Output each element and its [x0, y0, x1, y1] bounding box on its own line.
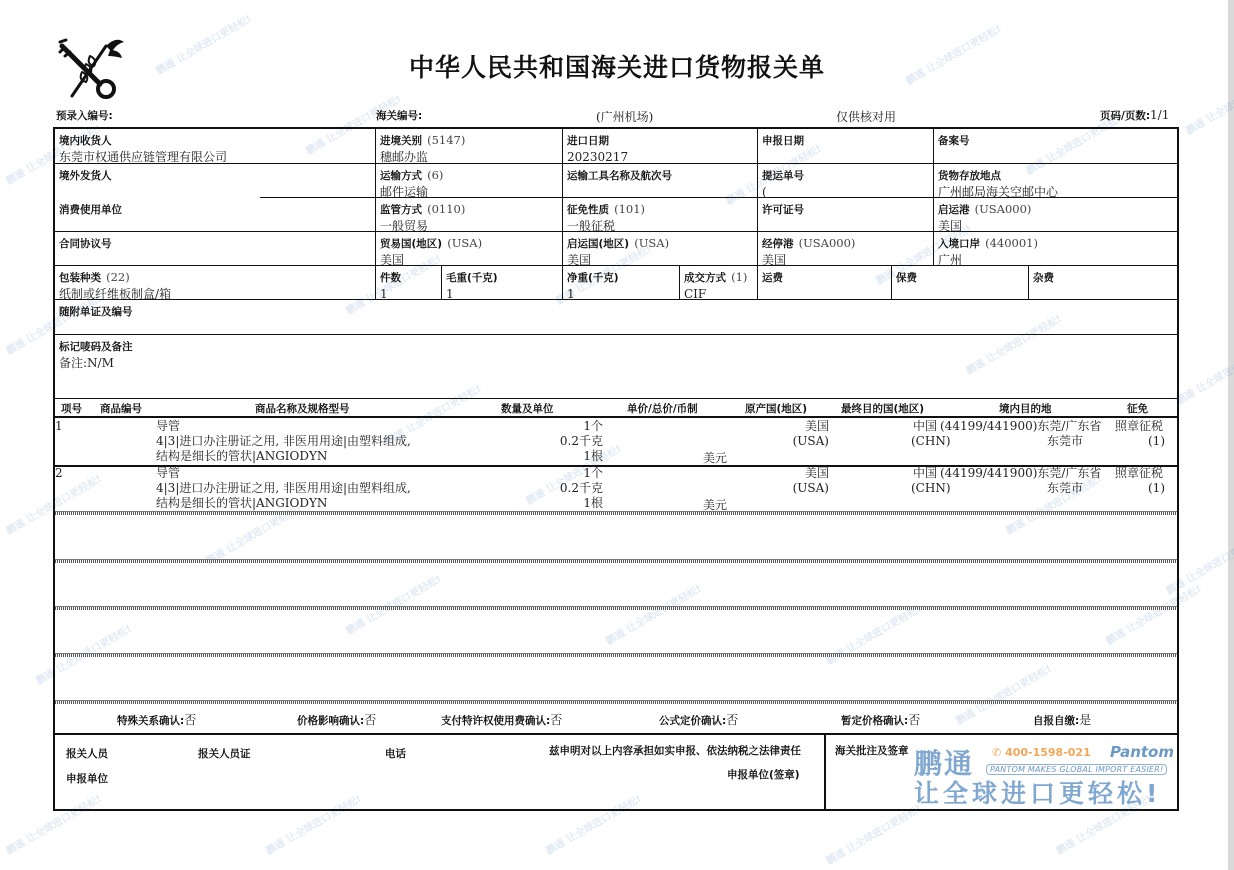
goods-domestic-dest: 东莞市 — [1047, 434, 1083, 450]
goods-header-item-no: 项号 — [61, 401, 82, 416]
goods-dest-code: (CHN) — [911, 481, 951, 497]
confirm-value: 是 — [1079, 713, 1091, 727]
goods-levy-code: (1) — [1148, 481, 1165, 497]
field-code: (6) — [427, 168, 443, 182]
field-label: 杂费 — [1033, 272, 1054, 284]
field-transport-mode: 运输方式 (6) 邮件运输 — [376, 164, 563, 198]
field-value: 1 — [380, 286, 437, 300]
goods-levy-code: (1) — [1148, 434, 1165, 450]
customs-office: (广州机场) — [596, 108, 653, 125]
row-separator — [55, 700, 1177, 704]
field-departure-country: 启运国(地区) (USA) 美国 — [563, 232, 758, 266]
watermark: 鹏通 让全球进口更轻松! — [1174, 344, 1234, 408]
field-label: 运输方式 — [380, 170, 422, 182]
confirm-value: 否 — [550, 713, 562, 727]
field-label: 境外发货人 — [59, 170, 112, 182]
field-label: 提运单号 — [762, 170, 804, 182]
field-value: 备注:N/M — [59, 355, 1173, 371]
field-label: 标记唛码及备注 — [59, 341, 133, 353]
field-entry-customs: 进境关别 (5147) 穗邮办监 — [376, 129, 563, 164]
field-label: 贸易国(地区) — [380, 238, 442, 250]
goods-header-name-spec: 商品名称及规格型号 — [255, 401, 350, 416]
confirm-self-payment: 自报自缴:是 — [1033, 711, 1091, 728]
goods-spec: 结构是细长的管状|ANGIODYN — [156, 449, 327, 465]
field-value: 1 — [567, 286, 675, 300]
field-code: (1) — [731, 270, 747, 284]
field-value: 美国 — [567, 252, 753, 266]
field-value: 广州邮局海关空邮中心 — [938, 184, 1173, 198]
field-value: 一般征税 — [567, 218, 753, 232]
page-label: 页码/页数: — [1100, 110, 1150, 122]
field-code: (101) — [614, 202, 645, 216]
pre-entry-no-label: 预录入编号: — [56, 108, 113, 123]
field-import-date: 进口日期 20230217 — [563, 129, 758, 164]
goods-spec: 结构是细长的管状|ANGIODYN — [156, 496, 327, 512]
field-attached-docs: 随附单证及编号 — [55, 300, 1177, 335]
declare-unit-seal-label: 申报单位(签章) — [727, 767, 800, 782]
phone-label: 电话 — [385, 746, 406, 761]
field-value: 美国 — [938, 218, 1173, 232]
field-label: 运费 — [762, 272, 783, 284]
field-label: 征免性质 — [567, 204, 609, 216]
goods-item-no: 1 — [55, 419, 63, 435]
field-value: 穗邮办监 — [380, 149, 558, 164]
field-consumer-unit: 消费使用单位 — [55, 198, 376, 232]
field-value: 邮件运输 — [380, 184, 558, 198]
goods-dest-code: (CHN) — [911, 434, 951, 450]
goods-dest-country: 中国 — [913, 419, 937, 435]
field-pieces: 件数 1 — [376, 266, 442, 300]
goods-header-quantity: 数量及单位 — [501, 401, 554, 416]
field-value: CIF — [684, 286, 753, 300]
field-declare-date: 申报日期 — [758, 129, 934, 164]
verification-notice: 仅供核对用 — [836, 108, 896, 125]
confirm-value: 否 — [908, 713, 920, 727]
goods-header-price: 单价/总价/币制 — [627, 401, 698, 416]
confirm-label: 自报自缴: — [1033, 715, 1079, 727]
customs-no-label: 海关编号: — [376, 108, 422, 123]
page-value: 1/1 — [1150, 108, 1169, 122]
field-gross-weight: 毛重(千克) 1 — [442, 266, 563, 300]
confirm-special-relation: 特殊关系确认:否 — [117, 711, 196, 728]
field-code: (USA000) — [975, 202, 1032, 216]
field-label: 件数 — [380, 272, 401, 284]
goods-spec: 4|3|进口办注册证之用, 非医用用途|由塑料组成, — [156, 434, 411, 450]
phone-icon: ✆ — [992, 746, 1001, 759]
field-code: (22) — [106, 270, 130, 284]
goods-name: 导管 — [156, 466, 180, 482]
field-deal-mode: 成交方式 (1) CIF — [680, 266, 758, 300]
confirm-provisional-price: 暂定价格确认:否 — [841, 711, 920, 728]
confirm-formula-pricing: 公式定价确认:否 — [659, 711, 738, 728]
field-contract-no: 合同协议号 — [55, 232, 376, 266]
field-value: 广州 — [938, 252, 1173, 266]
field-label: 包装种类 — [59, 272, 101, 284]
field-value: 东莞市权通供应链管理有限公司 — [59, 149, 371, 164]
row-separator — [55, 653, 1177, 657]
goods-domestic-dest: (44199/441900)东莞/广东省 — [940, 466, 1101, 482]
declaration-statement: 兹申明对以上内容承担如实申报、依法纳税之法律责任 — [549, 743, 801, 758]
field-entry-port: 入境口岸 (440001) 广州 — [934, 232, 1177, 266]
goods-header-domestic-dest: 境内目的地 — [999, 401, 1052, 416]
goods-spec: 4|3|进口办注册证之用, 非医用用途|由塑料组成, — [156, 481, 411, 497]
field-label: 启运港 — [938, 204, 970, 216]
confirm-label: 暂定价格确认: — [841, 715, 908, 727]
field-code: (440001) — [985, 236, 1038, 250]
field-net-weight: 净重(千克) 1 — [563, 266, 680, 300]
goods-quantity: 1根 — [583, 496, 603, 512]
field-label: 备案号 — [938, 135, 970, 147]
field-stop-port: 经停港 (USA000) 美国 — [758, 232, 934, 266]
field-label: 境内收货人 — [59, 135, 112, 147]
field-label: 成交方式 — [684, 272, 726, 284]
row-separator — [55, 559, 1177, 563]
field-code: (5147) — [427, 133, 465, 147]
customs-approval-label: 海关批注及签章 — [835, 743, 909, 758]
page-edge — [1228, 0, 1234, 870]
goods-levy: 照章征税 — [1115, 466, 1163, 482]
goods-domestic-dest: (44199/441900)东莞/广东省 — [940, 419, 1101, 435]
declarant-label: 报关人员 — [66, 746, 108, 761]
field-value: ( — [762, 184, 929, 198]
footer-divider — [824, 733, 826, 811]
field-value: 纸制或纤维板制盒/箱 — [59, 286, 371, 300]
field-freight: 运费 — [758, 266, 892, 300]
field-consignor: 境外发货人 — [55, 164, 376, 198]
document-title: 中华人民共和国海关进口货物报关单 — [0, 48, 1234, 84]
goods-header-origin: 原产国(地区) — [745, 401, 807, 416]
field-label: 进境关别 — [380, 135, 422, 147]
field-label: 许可证号 — [762, 204, 804, 216]
field-value: 美国 — [762, 252, 929, 266]
goods-origin-code: (USA) — [793, 481, 829, 497]
field-marks-remarks: 标记唛码及备注 备注:N/M — [55, 335, 1177, 399]
field-bill-no: 提运单号 ( — [758, 164, 934, 198]
field-code: (USA) — [447, 236, 482, 250]
goods-quantity: 1个 — [583, 419, 603, 435]
field-storage-place: 货物存放地点 广州邮局海关空邮中心 — [934, 164, 1177, 198]
field-license-no: 许可证号 — [758, 198, 934, 232]
goods-origin: 美国 — [805, 419, 829, 435]
declarant-cert-label: 报关人员证 — [198, 746, 251, 761]
field-label: 入境口岸 — [938, 238, 980, 250]
field-value: 1 — [446, 286, 558, 300]
goods-quantity: 1个 — [583, 466, 603, 482]
field-misc-fee: 杂费 — [1029, 266, 1177, 300]
field-label: 合同协议号 — [59, 238, 112, 250]
field-label: 经停港 — [762, 238, 794, 250]
field-label: 监管方式 — [380, 204, 422, 216]
field-code: (USA) — [634, 236, 669, 250]
goods-header-hs-code: 商品编号 — [100, 401, 142, 416]
declare-unit-label: 申报单位 — [66, 771, 108, 786]
goods-origin-code: (USA) — [793, 434, 829, 450]
confirm-value: 否 — [364, 713, 376, 727]
field-trade-country: 贸易国(地区) (USA) 美国 — [376, 232, 563, 266]
goods-quantity: 0.2千克 — [560, 434, 603, 450]
confirm-value: 否 — [726, 713, 738, 727]
goods-levy: 照章征税 — [1115, 419, 1163, 435]
field-value: 20230217 — [567, 149, 753, 164]
declaration-form: 境内收货人 东莞市权通供应链管理有限公司 进境关别 (5147) 穗邮办监 进口… — [53, 127, 1179, 811]
field-package-type: 包装种类 (22) 纸制或纤维板制盒/箱 — [55, 266, 376, 300]
field-label: 随附单证及编号 — [59, 306, 133, 318]
field-label: 保费 — [896, 272, 917, 284]
field-value: 美国 — [380, 252, 558, 266]
goods-origin: 美国 — [805, 466, 829, 482]
field-label: 净重(千克) — [567, 272, 619, 284]
confirm-royalty: 支付特许权使用费确认:否 — [441, 711, 562, 728]
page-indicator: 页码/页数:1/1 — [1100, 108, 1169, 123]
confirm-label: 价格影响确认: — [297, 715, 364, 727]
field-departure-port: 启运港 (USA000) 美国 — [934, 198, 1177, 232]
brand-phone-number: 400-1598-021 — [1005, 746, 1091, 759]
brand-slogan: 让全球进口更轻松! — [914, 774, 1161, 810]
row-separator — [55, 606, 1177, 610]
field-consignee: 境内收货人 东莞市权通供应链管理有限公司 — [55, 129, 376, 164]
field-value: 一般贸易 — [380, 218, 558, 232]
watermark: 鹏通 让全球进口更轻松! — [824, 804, 923, 868]
field-record-no: 备案号 — [934, 129, 1177, 164]
field-code: (USA000) — [799, 236, 856, 250]
field-label: 毛重(千克) — [446, 272, 498, 284]
field-label: 进口日期 — [567, 135, 609, 147]
brand-en-name: Pantom — [1110, 743, 1174, 761]
field-label: 运输工具名称及航次号 — [567, 170, 672, 182]
row-separator — [55, 511, 1177, 515]
field-label: 申报日期 — [762, 135, 804, 147]
goods-name: 导管 — [156, 419, 180, 435]
brand-phone: ✆ 400-1598-021 — [992, 746, 1091, 759]
goods-header-levy: 征免 — [1127, 401, 1148, 416]
field-transport-name: 运输工具名称及航次号 — [563, 164, 758, 198]
confirm-price-impact: 价格影响确认:否 — [297, 711, 376, 728]
confirm-label: 支付特许权使用费确认: — [441, 715, 550, 727]
field-supervision-mode: 监管方式 (0110) 一般贸易 — [376, 198, 563, 232]
field-insurance: 保费 — [892, 266, 1029, 300]
goods-quantity: 0.2千克 — [560, 481, 603, 497]
goods-domestic-dest: 东莞市 — [1047, 481, 1083, 497]
goods-dest-country: 中国 — [913, 466, 937, 482]
brand-stamp: 鹏通 ✆ 400-1598-021 Pantom PANTOM MAKES GL… — [914, 742, 1176, 808]
confirm-label: 特殊关系确认: — [117, 715, 184, 727]
confirm-value: 否 — [184, 713, 196, 727]
confirm-label: 公式定价确认: — [659, 715, 726, 727]
goods-item-no: 2 — [55, 466, 63, 482]
field-code: (0110) — [427, 202, 465, 216]
field-label: 消费使用单位 — [59, 204, 122, 216]
field-label: 启运国(地区) — [567, 238, 629, 250]
goods-header-dest-country: 最终目的国(地区) — [841, 401, 924, 416]
field-levy-nature: 征免性质 (101) 一般征税 — [563, 198, 758, 232]
goods-quantity: 1根 — [583, 449, 603, 465]
field-label: 货物存放地点 — [938, 170, 1001, 182]
